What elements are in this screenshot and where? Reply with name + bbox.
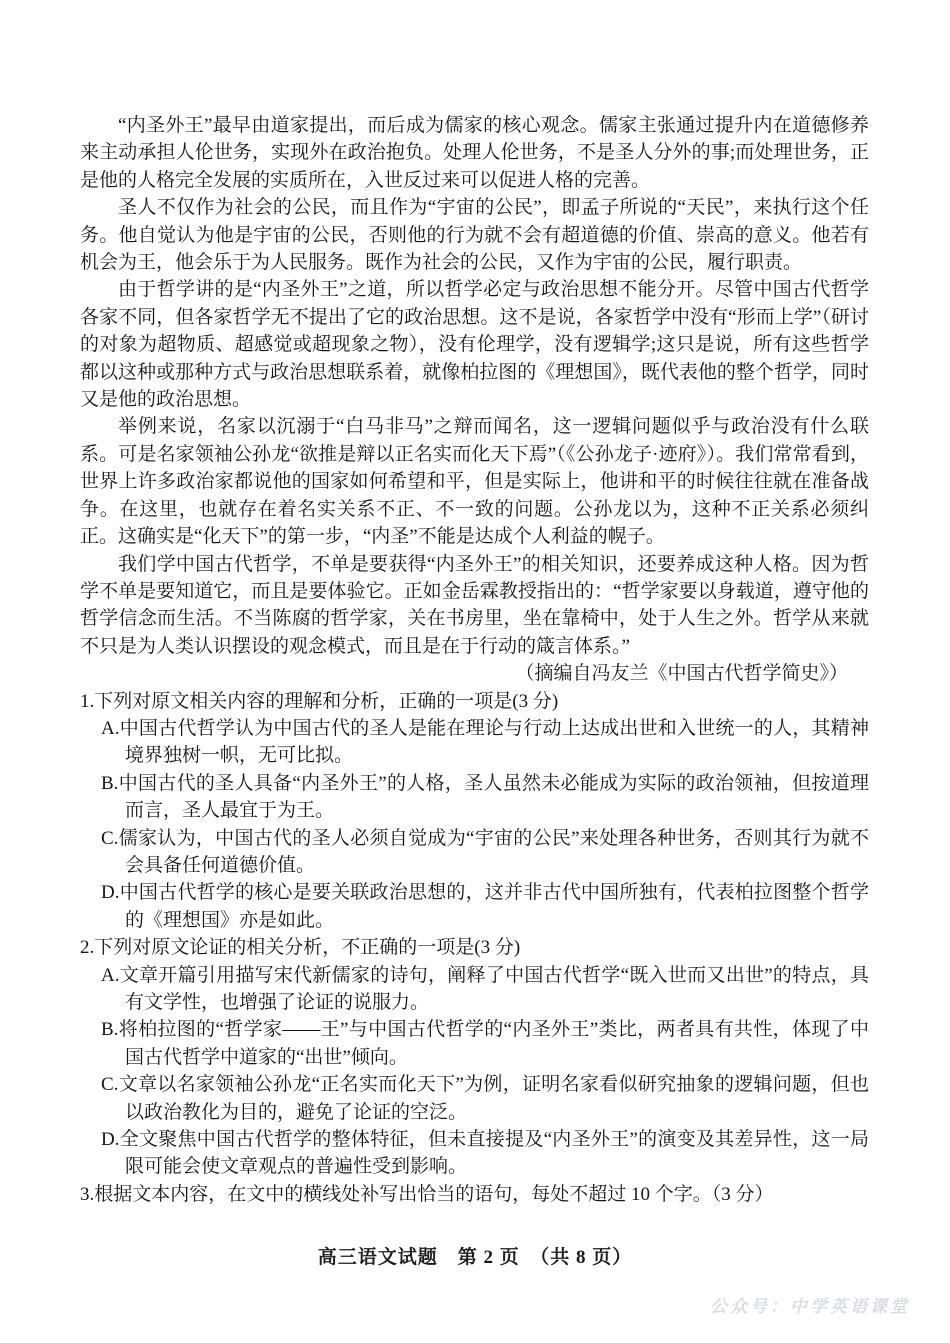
question-1-stem: 1.下列对原文相关内容的理解和分析，正确的一项是(3 分) (80, 688, 869, 715)
passage-paragraph-5: 我们学中国古代哲学，不单是要获得“内圣外王”的相关知识，还要养成这种人格。因为哲… (80, 551, 869, 661)
watermark-text: 公众号：中学英语课堂 (710, 1292, 910, 1317)
question-1-option-a: A.中国古代哲学认为中国古代的圣人是能在理论与行动上达成出世和入世统一的人，其精… (80, 715, 869, 770)
question-2-stem: 2.下列对原文论证的相关分析，不正确的一项是(3 分) (80, 934, 869, 961)
exam-page: “内圣外王”最早由道家提出，而后成为儒家的核心观念。儒家主张通过提升内在道德修养… (0, 0, 950, 1343)
passage-attribution: （摘编自冯友兰《中国古代哲学简史》） (80, 660, 869, 687)
question-1-option-d: D.中国古代哲学的核心是要关联政治思想的，这并非古代中国所独有，代表柏拉图整个哲… (80, 879, 869, 934)
passage-paragraph-2: 圣人不仅作为社会的公民，而且作为“宇宙的公民”，即孟子所说的“天民”，来执行这个… (80, 194, 869, 276)
question-3-stem: 3.根据文本内容，在文中的横线处补写出恰当的语句，每处不超过 10 个字。（3 … (80, 1181, 869, 1208)
passage-paragraph-3: 由于哲学讲的是“内圣外王”之道，所以哲学必定与政治思想不能分开。尽管中国古代哲学… (80, 276, 869, 413)
question-section: 1.下列对原文相关内容的理解和分析，正确的一项是(3 分) A.中国古代哲学认为… (80, 688, 869, 1209)
footer-text: 高三语文试题 第 2 页 （共 8 页） (318, 1247, 633, 1268)
question-2-option-c: C.文章以名家领袖公孙龙“正名实而化天下”为例，证明名家看似研究抽象的逻辑问题，… (80, 1071, 869, 1126)
question-1-option-b: B.中国古代的圣人具备“内圣外王”的人格，圣人虽然未必能成为实际的政治领袖，但按… (80, 770, 869, 825)
passage-paragraph-1: “内圣外王”最早由道家提出，而后成为儒家的核心观念。儒家主张通过提升内在道德修养… (80, 112, 869, 194)
reading-passage: “内圣外王”最早由道家提出，而后成为儒家的核心观念。儒家主张通过提升内在道德修养… (80, 112, 869, 688)
exam-content: “内圣外王”最早由道家提出，而后成为儒家的核心观念。儒家主张通过提升内在道德修养… (80, 112, 869, 1208)
page-footer: 高三语文试题 第 2 页 （共 8 页） (0, 1242, 950, 1269)
question-2: 2.下列对原文论证的相关分析，不正确的一项是(3 分) A.文章开篇引用描写宋代… (80, 934, 869, 1181)
question-3: 3.根据文本内容，在文中的横线处补写出恰当的语句，每处不超过 10 个字。（3 … (80, 1181, 869, 1208)
question-2-option-d: D.全文聚焦中国古代哲学的整体特征，但未直接提及“内圣外王”的演变及其差异性，这… (80, 1126, 869, 1181)
question-1: 1.下列对原文相关内容的理解和分析，正确的一项是(3 分) A.中国古代哲学认为… (80, 688, 869, 935)
question-1-option-c: C.儒家认为，中国古代的圣人必须自觉成为“宇宙的公民”来处理各种世务，否则其行为… (80, 825, 869, 880)
question-2-option-a: A.文章开篇引用描写宋代新儒家的诗句，阐释了中国古代哲学“既入世而又出世”的特点… (80, 962, 869, 1017)
question-2-option-b: B.将柏拉图的“哲学家——王”与中国古代哲学的“内圣外王”类比，两者具有共性，体… (80, 1016, 869, 1071)
passage-paragraph-4: 举例来说，名家以沉溺于“白马非马”之辩而闻名，这一逻辑问题似乎与政治没有什么联系… (80, 413, 869, 550)
